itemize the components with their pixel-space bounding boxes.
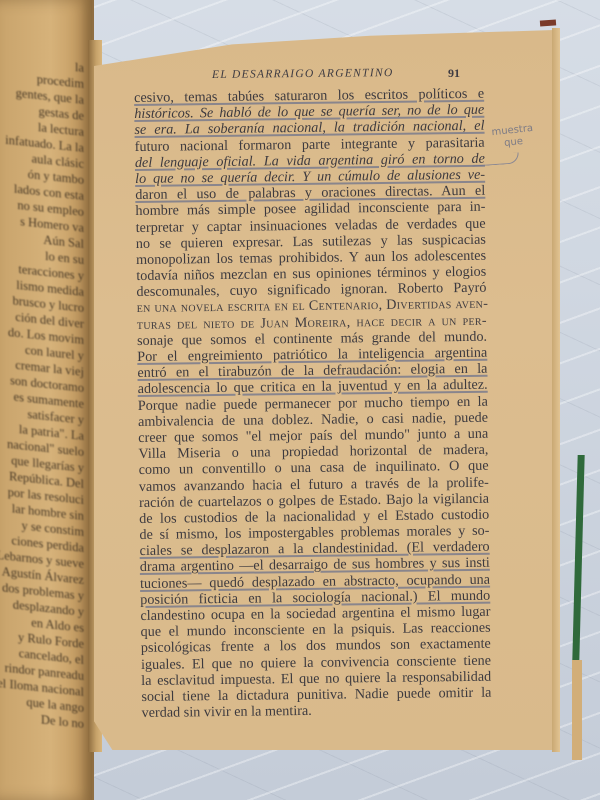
page-stack-bottom [572, 660, 582, 760]
left-page: laprocedimgentes, que lagestas dela lect… [0, 0, 94, 800]
page-stack-edge [552, 28, 560, 752]
cover-corner [540, 19, 556, 26]
running-head: EL DESARRAIGO ARGENTINO [212, 67, 394, 81]
left-page-text: laprocedimgentes, que lagestas dela lect… [0, 51, 84, 732]
page-number: 91 [448, 66, 460, 81]
body-text: cesivo, temas tabúes saturaron los escri… [134, 86, 492, 722]
